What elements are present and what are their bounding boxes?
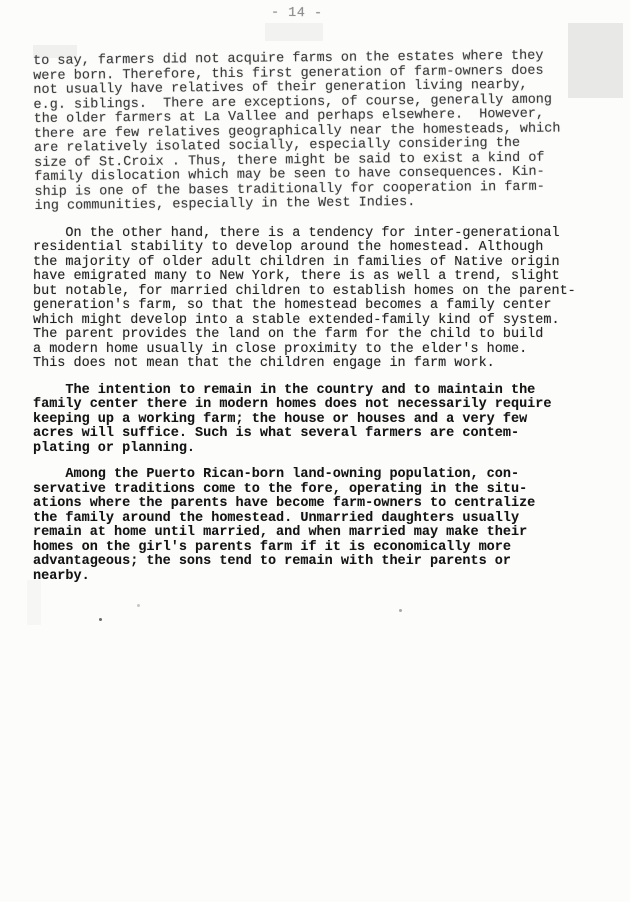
paragraph: On the other hand, there is a tendency f… bbox=[33, 227, 603, 372]
text-line: plating or planning. bbox=[33, 442, 603, 457]
document-body: to say, farmers did not acquire farms on… bbox=[33, 55, 603, 596]
page-number: - 14 - bbox=[271, 6, 323, 22]
paragraph: The intention to remain in the country a… bbox=[33, 384, 603, 457]
scan-speck bbox=[137, 604, 140, 607]
text-line: a modern home usually in close proximity… bbox=[33, 343, 603, 358]
text-line: acres will suffice. Such is what several… bbox=[33, 427, 603, 442]
text-line: keeping up a working farm; the house or … bbox=[33, 413, 603, 428]
text-line: family center there in modern homes does… bbox=[33, 398, 603, 413]
text-line: the majority of older adult children in … bbox=[33, 256, 603, 271]
paragraph: to say, farmers did not acquire farms on… bbox=[33, 49, 605, 214]
text-line: residential stability to develop around … bbox=[33, 241, 603, 256]
text-line: have emigrated many to New York, there i… bbox=[33, 270, 603, 285]
text-line: remain at home until married, and when m… bbox=[33, 526, 603, 541]
text-line: Among the Puerto Rican-born land-owning … bbox=[33, 468, 603, 483]
scan-speck bbox=[399, 609, 402, 612]
document-page: - 14 - to say, farmers did not acquire f… bbox=[0, 0, 630, 902]
text-line: homes on the girl's parents farm if it i… bbox=[33, 541, 603, 556]
text-line: but notable, for married children to est… bbox=[33, 285, 603, 300]
scan-artifact-page-number bbox=[265, 23, 323, 41]
text-line: This does not mean that the children eng… bbox=[33, 357, 603, 372]
text-line: The intention to remain in the country a… bbox=[33, 384, 603, 399]
text-line: ations where the parents have become far… bbox=[33, 497, 603, 512]
text-line: servative traditions come to the fore, o… bbox=[33, 483, 603, 498]
text-line: The parent provides the land on the farm… bbox=[33, 328, 603, 343]
paragraph: Among the Puerto Rican-born land-owning … bbox=[33, 468, 603, 584]
scan-speck bbox=[99, 618, 102, 621]
text-line: nearby. bbox=[33, 570, 603, 585]
text-line: the family around the homestead. Unmarri… bbox=[33, 512, 603, 527]
text-line: generation's farm, so that the homestead… bbox=[33, 299, 603, 314]
text-line: On the other hand, there is a tendency f… bbox=[33, 227, 603, 242]
text-line: advantageous; the sons tend to remain wi… bbox=[33, 555, 603, 570]
text-line: which might develop into a stable extend… bbox=[33, 314, 603, 329]
